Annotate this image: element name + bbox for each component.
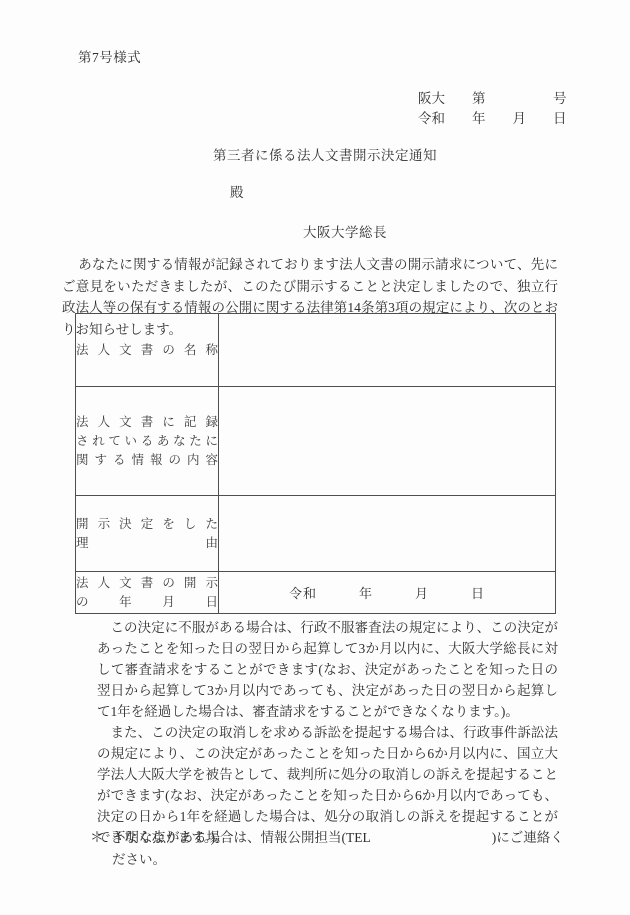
table-row-disclosure-date: 法人文書の開示 の 年 月 日 令和 年 月 日 bbox=[76, 572, 556, 614]
row-value-recorded-info bbox=[219, 387, 556, 496]
addressee-honorific: 殿 bbox=[230, 181, 244, 201]
issue-date-line: 令和 年 月 日 bbox=[418, 107, 567, 127]
table-row-recorded-info: 法人文書に記録 されているあなたに 関する情報の内容 bbox=[76, 387, 556, 496]
footnote-contact-text: 不明な点がある場合は、情報公開担当(TEL )にご連絡ください。 bbox=[112, 827, 564, 871]
footnote-marker: ＊ bbox=[90, 827, 104, 847]
table-row-decision-reason: 開示決定をした 理 由 bbox=[76, 496, 556, 572]
document-page: 第7号様式 阪大 第 号 令和 年 月 日 第三者に係る法人文書開示決定通知 殿… bbox=[0, 0, 630, 915]
disclosure-date-value: 令和 年 月 日 bbox=[219, 572, 556, 614]
appeal-information: この決定に不服がある場合は、行政不服審査法の規定により、この決定があったことを知… bbox=[97, 617, 558, 848]
row-label-disclosure-date: 法人文書の開示 の 年 月 日 bbox=[76, 572, 219, 614]
row-label-decision-reason: 開示決定をした 理 由 bbox=[76, 496, 219, 572]
row-value-decision-reason bbox=[219, 496, 556, 572]
row-value-document-name bbox=[219, 314, 556, 387]
table-row-document-name: 法人文書の名称 bbox=[76, 314, 556, 387]
disclosure-table: 法人文書の名称 法人文書に記録 されているあなたに 関する情報の内容 開示決定を… bbox=[75, 313, 556, 614]
form-number: 第7号様式 bbox=[78, 46, 141, 66]
reference-number-line: 阪大 第 号 bbox=[418, 87, 567, 107]
appeal-paragraph-administrative-review: この決定に不服がある場合は、行政不服審査法の規定により、この決定があったことを知… bbox=[97, 617, 558, 722]
row-label-recorded-info: 法人文書に記録 されているあなたに 関する情報の内容 bbox=[76, 387, 219, 496]
document-title: 第三者に係る法人文書開示決定通知 bbox=[0, 144, 630, 164]
row-label-document-name: 法人文書の名称 bbox=[76, 314, 219, 387]
sender-title: 大阪大学総長 bbox=[303, 221, 387, 241]
